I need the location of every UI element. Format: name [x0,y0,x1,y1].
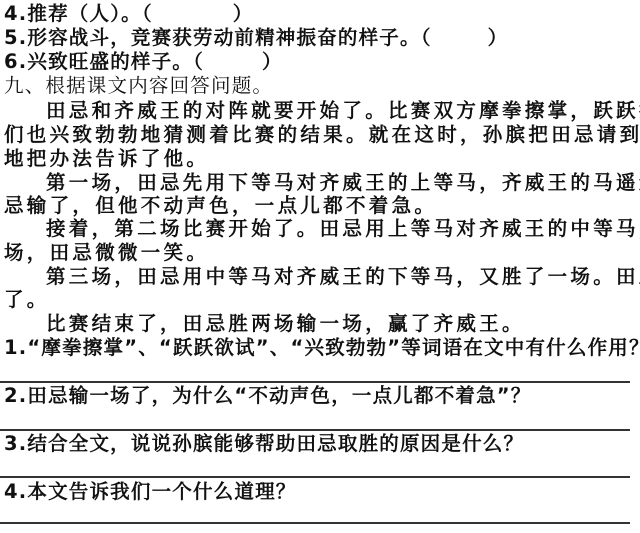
question-1: 1.“摩拳擦掌”、“跃跃欲试”、“兴致勃勃”等词语在文中有什么作用？ [4,336,640,360]
vocab-number: 6. [4,50,27,73]
vocab-item-4: 4.推荐（人）。（） [4,2,254,26]
vocab-item-5: 5.形容战斗，竞赛获劳动前精神振奋的样子。（） [4,26,508,50]
passage-line: 田忌和齐威王的对阵就要开始了。比赛双方摩拳擦掌，跃跃欲试。观众 [46,99,640,123]
question-4: 4.本文告诉我们一个什么道理？ [4,480,296,504]
passage-line: 忌输了，但他不动声色，一点儿都不着急。 [4,194,437,218]
close-paren: ） [233,2,254,25]
close-paren: ） [262,50,283,73]
close-paren: ） [488,26,509,49]
answer-line-2[interactable] [0,429,630,431]
passage-line: 场，田忌微微一笑。 [4,241,209,265]
answer-line-3[interactable] [0,476,630,478]
passage-line: 接着，第二场比赛开始了。田忌用上等马对齐威王的中等马，胜了第二 [46,217,640,241]
vocab-prompt: 兴致旺盛的样子。 [27,50,193,73]
vocab-item-6: 6.兴致旺盛的样子。（） [4,50,283,74]
question-3: 3.结合全文，说说孙膑能够帮助田忌取胜的原因是什么？ [4,432,524,456]
vocab-number: 4. [4,2,27,25]
answer-line-4[interactable] [0,522,630,524]
vocab-prompt: 推荐（人）。 [27,2,141,25]
passage-line: 第三场，田忌用中等马对齐威王的下等马，又胜了一场。田忌满意地笑 [46,265,640,289]
passage-line: 地把办法告诉了他。 [4,147,209,171]
section-heading: 九、根据课文内容回答问题。 [4,74,273,98]
vocab-number: 5. [4,26,27,49]
passage-line: 第一场，田忌先用下等马对齐威王的上等马，齐威王的马遥遥领先。田 [46,171,640,195]
answer-line-1[interactable] [0,381,630,383]
open-paren: （ [193,50,204,73]
passage-line: 了。 [4,288,50,312]
passage-line: 们也兴致勃勃地猜测着比赛的结果。就在这时，孙膑把田忌请到一边，悄悄 [4,123,640,147]
passage-line: 比赛结束了，田忌胜两场输一场，赢了齐威王。 [46,312,525,336]
open-paren: （ [421,26,432,49]
question-2: 2.田忌输一场了，为什么“不动声色，一点儿都不着急”？ [4,384,532,408]
open-paren: （ [142,2,153,25]
vocab-prompt: 形容战斗，竞赛获劳动前精神振奋的样子。 [27,26,420,49]
